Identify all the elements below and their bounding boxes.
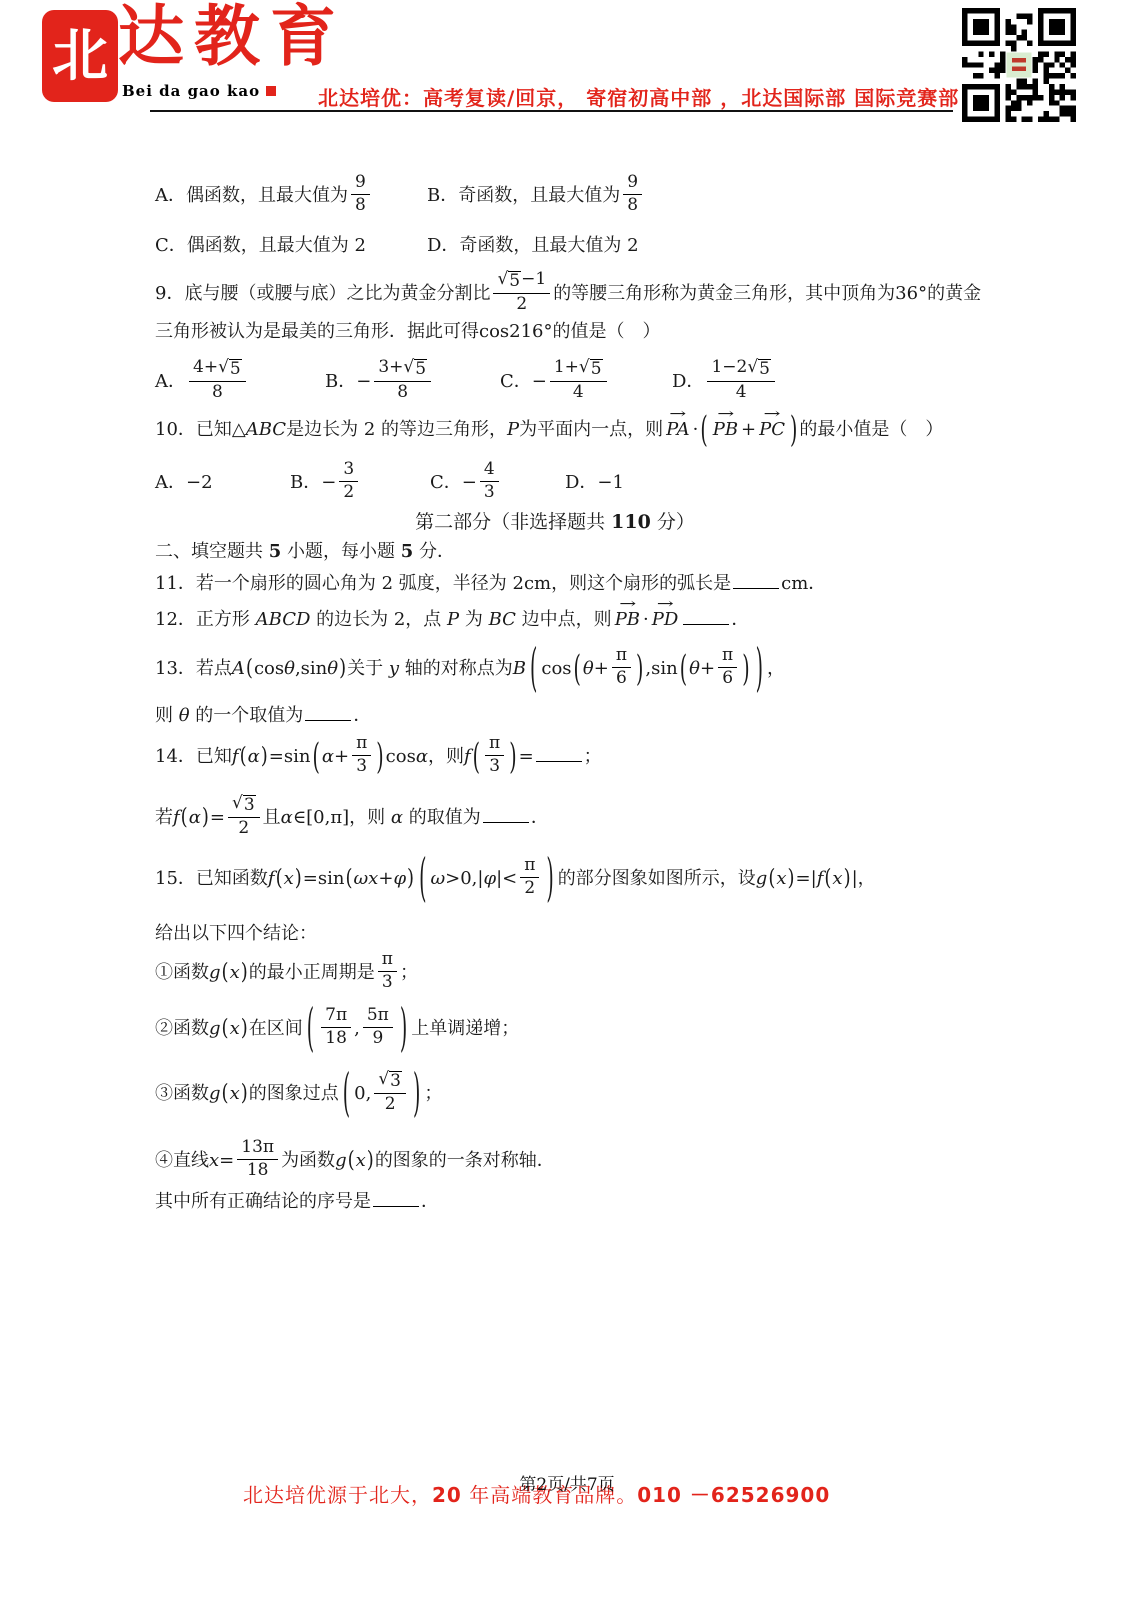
option-cell: D．1−2√54: [672, 360, 955, 404]
answer-blank: [373, 1188, 419, 1207]
q12-stem: 12．正方形 ABCD 的边长为 2，点 P 为 BC 边中点，则→PB·→PD…: [155, 606, 955, 632]
fraction: 98: [351, 173, 370, 215]
fraction: 98: [623, 173, 642, 215]
option-cell: C．−1+√54: [500, 360, 672, 404]
answer-blank: [733, 570, 779, 589]
option-cell: A．−2: [155, 471, 290, 495]
fraction: π6: [612, 646, 631, 688]
option-cell: B．−3+√58: [325, 360, 500, 404]
option-cell: A．偶函数，且最大值为98: [155, 175, 427, 217]
answer-blank: [683, 606, 729, 625]
fraction: π3: [352, 734, 371, 776]
q10-stem: 10．已知△ABC是边长为 2 的等边三角形，P为平面内一点，则→PA·(→PB…: [155, 418, 955, 444]
radical: √5: [403, 359, 427, 380]
option-cell: B．−32: [290, 462, 430, 504]
radical: √5: [747, 359, 771, 380]
radical: √3: [232, 795, 256, 816]
exam-page: { "header": { "seal_char": "北", "brand":…: [0, 0, 1134, 1606]
fraction: π3: [485, 734, 504, 776]
radical: √5: [218, 359, 242, 380]
option-cell: D．奇函数，且最大值为 2: [427, 234, 955, 258]
fraction: 7π18: [321, 1006, 351, 1048]
fraction: 32: [339, 460, 358, 502]
radical: √3: [378, 1071, 402, 1092]
section2-heading: 二、填空题共 5 小题，每小题 5 分．: [155, 540, 955, 564]
q10-options: A．−2B．−32C．−43D．−1: [155, 462, 955, 504]
answer-blank: [536, 743, 582, 762]
vector: →PC: [759, 418, 785, 442]
page-number: 第2页/共7页: [519, 1470, 614, 1495]
option-cell: D．−1: [565, 471, 955, 495]
q9-line-2: 三角形被认为是最美的三角形．据此可得cos216°的值是（ ）: [155, 320, 955, 344]
fraction: 3+√58: [374, 358, 431, 402]
radical: √5: [579, 359, 603, 380]
fraction: 43: [480, 460, 499, 502]
brand-calligraphy: 达教育: [118, 2, 346, 71]
q13-line-2: 则 θ 的一个取值为．: [155, 702, 955, 728]
q14-line-2: 若f(α)=√32且α∈[0,π]，则 α 的取值为．: [155, 796, 955, 840]
option-cell: A．4+√58: [155, 360, 325, 404]
vector: →PB: [615, 608, 640, 632]
q8-options-ab: A．偶函数，且最大值为98B．奇函数，且最大值为98: [155, 175, 955, 217]
vector: →PB: [713, 418, 738, 442]
q13-line-1: 13．若点A(cosθ,sinθ)关于 y 轴的对称点为B(cos(θ+π6),…: [155, 648, 955, 690]
fraction: √5−12: [493, 270, 550, 314]
q8-options-cd: C．偶函数，且最大值为 2D．奇函数，且最大值为 2: [155, 234, 955, 258]
header-tagline: 北达培优：高考复读/回京， 寄宿初高中部 ，北达国际部 国际竞赛部: [318, 82, 959, 111]
q15-conclusion-1: ①函数g(x)的最小正周期是π3；: [155, 952, 955, 994]
qr-code-icon: [960, 8, 1078, 122]
vector: →PA: [666, 418, 689, 442]
fraction: π2: [520, 856, 539, 898]
q15-conclusion-4: ④直线x=13π18为函数g(x)的图象的一条对称轴．: [155, 1140, 955, 1182]
fraction: √32: [228, 794, 260, 838]
q15-stem: 15．已知函数f(x)=sin(ωx+φ)(ω>0,|φ|<π2)的部分图象如图…: [155, 858, 955, 900]
brand-seal-logo: 北: [44, 12, 116, 100]
fraction: π3: [378, 950, 397, 992]
radical: √5: [497, 271, 521, 292]
fraction: √32: [374, 1070, 406, 1114]
option-cell: C．偶函数，且最大值为 2: [155, 234, 427, 258]
fraction: 5π9: [363, 1006, 393, 1048]
q15-conclusion-3: ③函数g(x)的图象过点(0,√32)；: [155, 1072, 955, 1116]
option-cell: C．−43: [430, 462, 565, 504]
brand-subtitle: Bei da gao kao: [122, 82, 276, 100]
vector: →PD: [652, 608, 679, 632]
fraction: 4+√58: [189, 358, 246, 402]
q9-options: A．4+√58B．−3+√58C．−1+√54D．1−2√54: [155, 360, 955, 404]
q14-line-1: 14．已知f(α)=sin(α+π3)cosα，则f(π3)=；: [155, 736, 955, 778]
seal-character: 北: [52, 28, 108, 84]
answer-blank: [305, 702, 351, 721]
q9-line-1: 9．底与腰（或腰与底）之比为黄金分割比√5−12的等腰三角形称为黄金三角形，其中…: [155, 272, 955, 316]
part2-title: 第二部分（非选择题共 110 分）: [155, 510, 955, 536]
q15-conclusion-2: ②函数g(x)在区间(7π18,5π9)上单调递增；: [155, 1008, 955, 1050]
fraction: 1−2√54: [707, 358, 775, 402]
q15-final: 其中所有正确结论的序号是．: [155, 1188, 955, 1214]
header-divider: [150, 110, 953, 112]
q15-intro: 给出以下四个结论：: [155, 922, 955, 946]
answer-blank: [483, 804, 529, 823]
fraction: 1+√54: [550, 358, 607, 402]
fraction: π6: [718, 646, 737, 688]
q11-stem: 11．若一个扇形的圆心角为 2 弧度，半径为 2cm，则这个扇形的弧长是cm．: [155, 570, 955, 596]
option-cell: B．奇函数，且最大值为98: [427, 175, 955, 217]
red-square-icon: [266, 86, 276, 96]
fraction: 13π18: [237, 1138, 278, 1180]
